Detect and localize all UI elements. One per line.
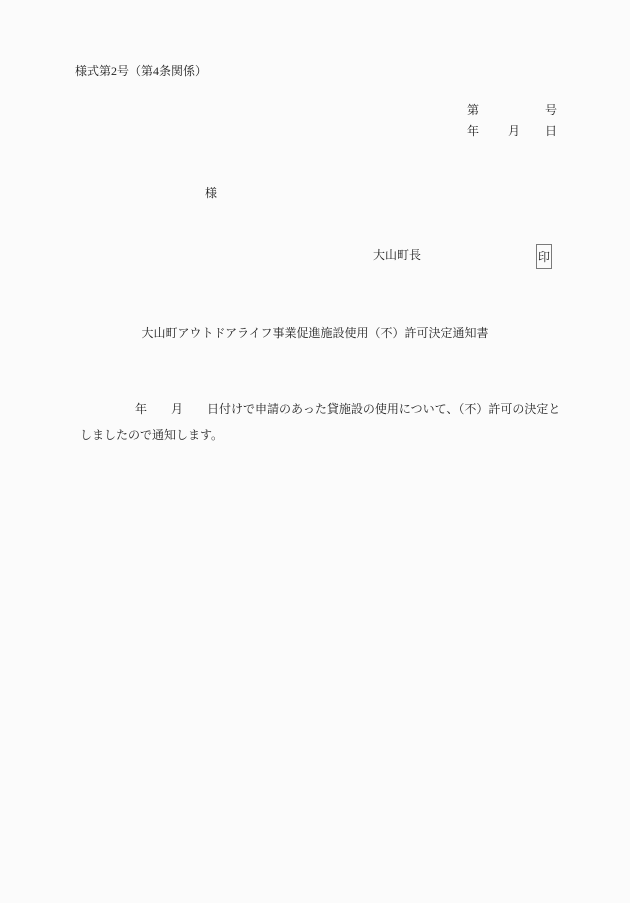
sender-title: 大山町長 (373, 249, 421, 262)
date-year-label: 年 (467, 125, 479, 138)
addressee-honorific: 様 (205, 187, 217, 200)
doc-number-prefix: 第 (467, 104, 479, 117)
form-number-label: 様式第2号（第4条関係） (75, 65, 207, 78)
date-month-label: 月 (508, 125, 520, 138)
date-day-label: 日 (545, 125, 557, 138)
body-line-2: しましたので通知します。 (80, 429, 223, 442)
seal-label: 印 (538, 251, 550, 263)
document-page: 様式第2号（第4条関係） 第 号 年 月 日 様 大山町長 印 大山町アウトドア… (0, 0, 630, 903)
document-title: 大山町アウトドアライフ事業促進施設使用（不）許可決定通知書 (0, 327, 630, 340)
doc-number-suffix: 号 (545, 104, 557, 117)
body-line-1: 年 月 日付けで申請のあった貸施設の使用について、（不）許可の決定と (135, 403, 560, 416)
seal-box: 印 (536, 244, 552, 269)
